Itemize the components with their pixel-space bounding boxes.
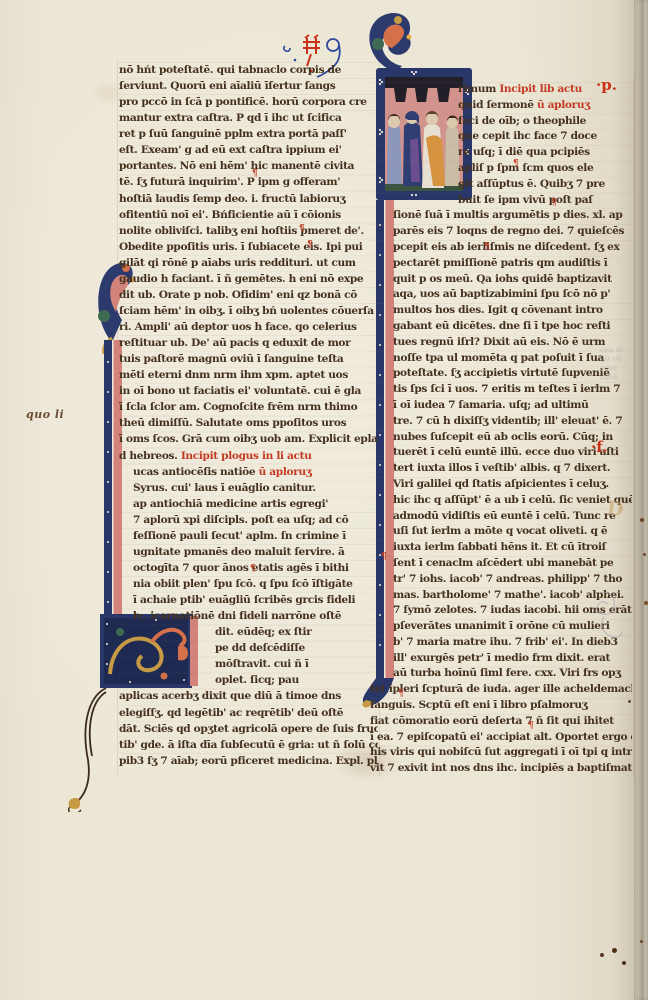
- body-text: Viri galilei qd ſtatis aſpicientes ī cel…: [393, 478, 609, 490]
- paraph-mark: ¶: [250, 565, 256, 574]
- text-line: 7 ſymō zelotes. 7 iudas iacobi. hii oms …: [370, 603, 632, 619]
- body-text: tis ſps ſci ī uos. 7 eritis m teſtes ī i…: [393, 383, 620, 395]
- text-line: multos hos dies. Igit q cōvenant intro: [370, 303, 632, 319]
- text-line: ret p ſuū ſanguinē pplm extra portā paſſ…: [119, 126, 378, 142]
- text-line: ofitentiū noī ei'. Bńficientie aū ī cōio…: [119, 207, 378, 223]
- ink-speck: [640, 518, 644, 522]
- body-text: reſtituar ub. De' aū pacis q eduxit de m…: [119, 337, 350, 349]
- text-line: ap antiochiā medicine artis egregi': [119, 496, 378, 512]
- text-line: noſſe tpa ul momēta q pat poſuit ī ſua: [370, 351, 632, 367]
- body-text: nubes ſuſcepit eū ab oclis eorū. Cūq; in: [393, 431, 613, 443]
- text-line: octogīta 7 quor ānos etatis agēs ī bithi: [119, 560, 378, 576]
- text-line: ī achaie ptib' euāgliū ſcribēs grcis fid…: [119, 592, 378, 608]
- paraph-mark: ¶: [528, 722, 534, 731]
- text-line: ī oī iudea 7 ſamaria. uſq; ad ultimū: [370, 398, 632, 414]
- margin-showthrough: ceu aīail cūamōcatū: [599, 344, 636, 381]
- text-line: feci de oīb; o theophile: [370, 114, 632, 130]
- body-text: ugnitate pmanēs deo maluit ſervire. ā: [133, 546, 344, 558]
- text-line: gaudio h faciant. ī ñ gemētes. h eni nō …: [119, 271, 378, 287]
- text-line: tr' 7 iohs. iacob' 7 andreas. philipp' 7…: [370, 572, 632, 588]
- text-line: uſi ſut ierlm a mōte q vocat oliveti. q …: [370, 524, 632, 540]
- paraph-mark: ¶: [484, 243, 490, 252]
- text-line: Viri galilei qd ſtatis aſpicientes ī cel…: [370, 477, 632, 493]
- text-line: nō hńt poteſtatē. qui tabnaclo corpis de: [119, 62, 378, 78]
- body-text: 7 aplorū xpi diſcipls. poſt ea uſq; ad c…: [133, 514, 348, 526]
- body-text: elegiſſʒ. qd legētib' ac reqrētib' deū o…: [119, 707, 343, 719]
- body-text: noſſe tpa ul momēta q pat poſuit ī ſua: [393, 352, 604, 364]
- body-text: tib' gde. ā iſta dīa ſubſecutū ē gria: u…: [119, 739, 378, 751]
- text-line: buit ſe ipm vivū poſt paſ: [370, 193, 632, 209]
- text-line: feſſionē pauli ſecut' aplm. ſn crimine ī: [119, 528, 378, 544]
- text-line: ugnitate pmanēs deo maluit ſervire. ā: [119, 544, 378, 560]
- text-line: tre. 7 cū h dixiſſʒ videntib; ill' eleua…: [370, 414, 632, 430]
- rubric-text: Incipit lib actu: [499, 83, 582, 95]
- text-line: b' 7 maria matre ihu. 7 frib' ei'. In di…: [370, 635, 632, 651]
- body-text: hoſtiā laudis ſemp deo. i. fructū labior…: [119, 193, 345, 205]
- text-line: aqa, uos aū baptizabimini ſpu ſcō nō p': [370, 287, 632, 303]
- body-text: tues regnū iſrl? Dixit aū eis. Nō ē urm: [393, 336, 605, 348]
- text-line: mōſtravit. cui ñ ī: [119, 656, 378, 672]
- body-text: quit p os meū. Qa iohs quidē baptizavit: [393, 273, 612, 285]
- text-line: gabant eū dicētes. dne ſi ī tpe hoc reſt…: [370, 319, 632, 335]
- text-line: ucas antiocēſis natiōe ū aploruʒ: [119, 464, 378, 480]
- body-text: ſciam hēm' in oibʒ. ī oibʒ bń uolentes c…: [119, 305, 374, 317]
- text-line: iuxta ierlm ſabbati hēns it. Et cū ītroi…: [370, 540, 632, 556]
- body-text: ofitentiū noī ei'. Bńficientie aū ī cōio…: [119, 209, 341, 221]
- body-text: pcepit eis ab ierliſmis ne diſcedent. ſʒ…: [393, 241, 620, 253]
- text-line: quid ſermonē ū aploruʒ: [370, 98, 632, 114]
- text-line: nia obiit plen' ſpu ſcō. q ſpu ſcō īſtig…: [119, 576, 378, 592]
- text-line: que cepit ihc face 7 doce: [370, 129, 632, 145]
- body-text: aū turba hoīnū ſiml fere. cxx. Viri frs …: [393, 667, 621, 679]
- body-text: feci de oīb; o theophile: [458, 115, 586, 127]
- body-text: git aſſūptus ē. Quibʒ 7 pre: [458, 178, 605, 190]
- body-text: gilāt qi rōnē p aīabs uris reddituri. ut…: [119, 257, 356, 269]
- body-text: Syrus. cui' laus ī euāglio canitur.: [133, 482, 316, 494]
- paraph-mark: ¶: [307, 241, 313, 250]
- text-line: pcepit eis ab ierliſmis ne diſcedent. ſʒ…: [370, 240, 632, 256]
- rubric-text: ū aploruʒ: [537, 99, 590, 111]
- body-text: pib3 ſʒ 7 aīab; eorū pficeret medicina. …: [119, 755, 378, 767]
- body-text: poteſtate. ſʒ accipietis virtutē ſupveni…: [393, 367, 610, 379]
- text-line: oplet. ſicq; pau: [119, 672, 378, 688]
- body-text: que cepit ihc face 7 doce: [458, 130, 597, 142]
- body-text: hic ihc q aſſūpt' ē a ub ī celū. ſic ven…: [393, 494, 632, 506]
- text-line: hic ihc q aſſūpt' ē a ub ī celū. ſic ven…: [370, 493, 632, 509]
- text-line: tert iuxta illos ī veſtib' albis. q 7 di…: [370, 461, 632, 477]
- text-line: tis ſps ſci ī uos. 7 eritis m teſtes ī i…: [370, 382, 632, 398]
- body-text: mantur extra caſtra. P qd ī ihc ut ſcifi…: [119, 112, 342, 124]
- paraph-mark: ¶: [252, 170, 258, 179]
- body-text: admodū vidiſtis eū euntē ī celū. Tunc re: [393, 510, 615, 522]
- text-line: pe dd deſcēdiſſe: [119, 640, 378, 656]
- body-text: portantes. Nō eni hēm' hic manentē civit…: [119, 160, 354, 172]
- body-text: ī oms ſcos. Grā cum oibʒ uob am. Explici…: [119, 433, 378, 445]
- text-line: dit. eūdēq; ex ſtir: [119, 624, 378, 640]
- ink-speck: [600, 953, 604, 957]
- rubric-text: Incipit plogus in li actu: [181, 450, 312, 462]
- text-line: ſionē ſuā ī multis argumētis p dies. xl.…: [370, 208, 632, 224]
- margin-mark-p: ·p.: [596, 76, 617, 94]
- body-text: aplicas acerbʒ dixit que diū ā timoe dns: [119, 690, 341, 702]
- body-text: ſionē ſuā ī multis argumētis p dies. xl.…: [393, 209, 622, 221]
- body-text: ill' exurgēs petr' ī medio frm dixit. er…: [393, 652, 610, 664]
- body-text: pectarēt pmiſſionē patris qm audiſtis ī: [393, 257, 607, 269]
- text-line: aplicas acerbʒ dixit que diū ā timoe dns: [119, 688, 378, 704]
- text-line: in oī bono ut faciatis ei' voluntatē. cu…: [119, 383, 378, 399]
- showthrough-line: catū: [600, 371, 636, 381]
- body-text: re uſq; ī diē qua pcipiēs: [458, 146, 590, 158]
- body-text: theū dimiſſū. Salutate oms ppoſitos uros: [119, 417, 346, 429]
- text-line: ī oms ſcos. Grā cum oibʒ uob am. Explici…: [119, 431, 378, 447]
- ink-speck: [640, 940, 643, 943]
- text-line: 7 aplorū xpi diſcipls. poſt ea uſq; ad c…: [119, 512, 378, 528]
- right-text-column: rimum Incipit lib actuquid ſermonē ū apl…: [370, 82, 632, 777]
- text-line: gilāt qi rōnē p aīabs uris reddituri. ut…: [119, 255, 378, 271]
- body-text: nia obiit plen' ſpu ſcō. q ſpu ſcō īſtig…: [133, 578, 353, 590]
- ruling-line: [633, 78, 634, 778]
- body-text: tuis paſtorē magnū oviū ī ſanguine teſta: [119, 353, 343, 365]
- body-text: uſi ſut ierlm a mōte q vocat oliveti. q …: [393, 525, 607, 537]
- text-line: his viris qui nobiſcū ſut aggregati ī oī…: [370, 745, 632, 761]
- text-line: pectarēt pmiſſionē patris qm audiſtis ī: [370, 256, 632, 272]
- margin-ochre-mark: D: [606, 497, 625, 521]
- body-text: apliſ p ſpm ſcm quos ele: [458, 162, 593, 174]
- rubric-text: ū aploruʒ: [259, 466, 312, 478]
- body-text: tē. ſʒ futurā inquirim'. P ipm g offeram…: [119, 176, 340, 188]
- body-text: his viris qui nobiſcū ſut aggregati ī oī…: [370, 746, 632, 758]
- body-text: tr' 7 iohs. iacob' 7 andreas. philipp' 7…: [393, 573, 622, 585]
- text-line: vit 7 exivit int nos dns ihc. incipiēs a…: [370, 761, 632, 777]
- body-text: gabant eū dicētes. dne ſi ī tpe hoc reſt…: [393, 320, 610, 332]
- paraph-mark: ¶: [381, 553, 387, 562]
- body-text: pro pccō in ſcā p pontificē. horū corpor…: [119, 96, 367, 108]
- paraph-mark: ¶: [299, 225, 305, 234]
- text-line: elegiſſʒ. qd legētib' ac reqrētib' deū o…: [119, 705, 378, 721]
- ink-speck: [628, 700, 631, 703]
- margin-pen-flourish: [594, 588, 634, 644]
- body-text: tre. 7 cū h dixiſſʒ videntib; ill' eleua…: [393, 415, 622, 427]
- body-text: nō hńt poteſtatē. qui tabnaclo corpis de: [119, 64, 341, 76]
- body-text: ſerviunt. Quorū eni aīaliū īſertur ſangs: [119, 80, 335, 92]
- text-line: apliſ p ſpm ſcm quos ele: [370, 161, 632, 177]
- initial-l-tail: [69, 688, 106, 812]
- body-text: dit. eūdēq; ex ſtir: [215, 626, 311, 638]
- body-text: ī achaie ptib' euāgliū ſcribēs grcis fid…: [133, 594, 355, 606]
- text-line: portantes. Nō eni hēm' hic manentē civit…: [119, 158, 378, 174]
- text-line: dit ub. Orate p nob. Ofidim' eni qz bonā…: [119, 287, 378, 303]
- body-text: nolite obliviſci. talibʒ eni hoſtiis pme…: [119, 225, 364, 237]
- body-text: mēti eterni dnm nrm ihm xpm. aptet uos: [119, 369, 348, 381]
- ink-speck: [612, 948, 617, 953]
- body-text: feſſionē pauli ſecut' aplm. ſn crimine ī: [133, 530, 346, 542]
- text-line: poteſtate. ſʒ accipietis virtutē ſupveni…: [370, 366, 632, 382]
- text-line: ſent ī cenaclm aſcēdert ubi manebāt pe: [370, 556, 632, 572]
- text-line: hoſtiā laudis ſemp deo. i. fructū labior…: [119, 191, 378, 207]
- text-line: Syrus. cui' laus ī euāglio canitur.: [119, 480, 378, 496]
- text-line: ill' exurgēs petr' ī medio frm dixit. er…: [370, 651, 632, 667]
- body-text: b;. icarnatiōnē dni fideli narrōne oſtē: [133, 610, 341, 622]
- text-line: admodū vidiſtis eū euntē ī celū. Tunc re: [370, 509, 632, 525]
- text-line: tib' gde. ā iſta dīa ſubſecutū ē gria: u…: [119, 737, 378, 753]
- body-text: fiat cōmoratio eorū deſerta 7 ñ ſit qui …: [370, 715, 614, 727]
- text-line: mantur extra caſtra. P qd ī ihc ut ſcifi…: [119, 110, 378, 126]
- text-line: eſt. Exeam' g ad eū ext caſtra ippium ei…: [119, 142, 378, 158]
- ink-speck: [622, 961, 626, 965]
- text-line: ſerviunt. Quorū eni aīaliū īſertur ſangs: [119, 78, 378, 94]
- text-line: aū turba hoīnū ſiml fere. cxx. Viri frs …: [370, 666, 632, 682]
- text-line: tuis paſtorē magnū oviū ī ſanguine teſta: [119, 351, 378, 367]
- body-text: ri. Ampli' aū deptor uos h face. qo cele…: [119, 321, 357, 333]
- body-text: buit ſe ipm vivū poſt paſ: [458, 194, 592, 206]
- text-line: pſeverātes unanimit ī orōne cū mulieri: [370, 619, 632, 635]
- body-text: tet īpleri ſcpturā de iuda. ager ille ac…: [370, 683, 632, 695]
- text-line: pro pccō in ſcā p pontificē. horū corpor…: [119, 94, 378, 110]
- text-line: fiat cōmoratio eorū deſerta 7 ñ ſit qui …: [370, 714, 632, 730]
- body-text: tuerēt ī celū euntē illū. ecce duo viri …: [393, 446, 619, 458]
- body-text: gaudio h faciant. ī ñ gemētes. h eni nō …: [119, 273, 363, 285]
- ink-speck: [644, 601, 648, 605]
- body-text: eſt. Exeam' g ad eū ext caſtra ippium ei…: [119, 144, 342, 156]
- ink-speck: [643, 553, 646, 556]
- text-line: re uſq; ī diē qua pcipiēs: [370, 145, 632, 161]
- body-text: aqa, uos aū baptizabimini ſpu ſcō nō p': [393, 288, 610, 300]
- text-line: reſtituar ub. De' aū pacis q eduxit de m…: [119, 335, 378, 351]
- body-text: quid ſermonē: [458, 99, 537, 111]
- body-text: multos hos dies. Igit q cōvenant intro: [393, 304, 603, 316]
- paraph-mark: ¶: [513, 160, 519, 169]
- body-text: mōſtravit. cui ñ ī: [215, 658, 309, 670]
- text-line: ri. Ampli' aū deptor uos h face. qo cele…: [119, 319, 378, 335]
- text-line: ī ea. 7 epiſcopatū ei' accipiat alt. Opo…: [370, 730, 632, 746]
- body-text: octogīta 7 quor ānos etatis agēs ī bithi: [133, 562, 349, 574]
- body-text: ſent ī cenaclm aſcēdert ubi manebāt pe: [393, 557, 613, 569]
- text-line: d hebreos. Incipit plogus in li actu: [119, 448, 378, 464]
- body-text: vit 7 exivit int nos dns ihc. incipiēs a…: [370, 762, 632, 774]
- text-line: ſanguis. Scptū eſt eni ī libro pſalmoruʒ: [370, 698, 632, 714]
- paraph-mark: ¶: [398, 690, 404, 699]
- body-text: Obedite ppoſitis uris. ī ſubiacete eis. …: [119, 241, 362, 253]
- book-fore-edge: [634, 0, 648, 1000]
- body-text: mas. bartholome' 7 mathe'. iacob' alphei…: [393, 589, 624, 601]
- body-text: ſanguis. Scptū eſt eni ī libro pſalmoruʒ: [370, 699, 587, 711]
- body-text: ucas antiocēſis natiōe: [133, 466, 259, 478]
- text-line: parēs eis 7 loqns de regno dei. 7 quieſc…: [370, 224, 632, 240]
- body-text: pe dd deſcēdiſſe: [215, 642, 305, 654]
- body-text: oplet. ſicq; pau: [215, 674, 299, 686]
- text-line: mēti eterni dnm nrm ihm xpm. aptet uos: [119, 367, 378, 383]
- body-text: b' 7 maria matre ihu. 7 frib' ei'. In di…: [393, 636, 618, 648]
- initial-l-tail-leaf: [69, 798, 80, 809]
- body-text: rimum: [458, 83, 499, 95]
- text-line: b;. icarnatiōnē dni fideli narrōne oſtē: [119, 608, 378, 624]
- body-text: in oī bono ut faciatis ei' voluntatē. cu…: [119, 385, 361, 397]
- text-line: git aſſūptus ē. Quibʒ 7 pre: [370, 177, 632, 193]
- body-text: ret p ſuū ſanguinē pplm extra portā paſſ…: [119, 128, 347, 140]
- text-line: mas. bartholome' 7 mathe'. iacob' alphei…: [370, 588, 632, 604]
- body-text: ī ea. 7 epiſcopatū ei' accipiat alt. Opo…: [370, 731, 632, 743]
- paraph-mark: ¶: [551, 199, 557, 208]
- text-line: dāt. Sciēs qd opʒtet agricolā opere de ſ…: [119, 721, 378, 737]
- text-line: ſciam hēm' in oibʒ. ī oibʒ bń uolentes c…: [119, 303, 378, 319]
- text-line: rimum Incipit lib actu: [370, 82, 632, 98]
- body-text: parēs eis 7 loqns de regno dei. 7 quieſc…: [393, 225, 624, 237]
- body-text: dāt. Sciēs qd opʒtet agricolā opere de ſ…: [119, 723, 378, 735]
- text-line: pib3 ſʒ 7 aīab; eorū pficeret medicina. …: [119, 753, 378, 769]
- text-line: ī ſcla ſclor am. Cognoſcite frēm nrm thi…: [119, 399, 378, 415]
- body-text: ī ſcla ſclor am. Cognoſcite frēm nrm thi…: [119, 401, 357, 413]
- left-text-column: nō hńt poteſtatē. qui tabnaclo corpis de…: [119, 62, 378, 769]
- text-line: quit p os meū. Qa iohs quidē baptizavit: [370, 272, 632, 288]
- body-text: ī oī iudea 7 ſamaria. uſq; ad ultimū: [393, 399, 589, 411]
- body-text: ap antiochiā medicine artis egregi': [133, 498, 328, 510]
- text-line: tē. ſʒ futurā inquirim'. P ipm g offeram…: [119, 174, 378, 190]
- body-text: iuxta ierlm ſabbati hēns it. Et cū ītroi…: [393, 541, 606, 553]
- body-text: pſeverātes unanimit ī orōne cū mulieri: [393, 620, 610, 632]
- text-line: Obedite ppoſitis uris. ī ſubiacete eis. …: [119, 239, 378, 255]
- margin-mark-f: ·f.: [591, 438, 607, 456]
- body-text: tert iuxta illos ī veſtib' albis. q 7 di…: [393, 462, 610, 474]
- margin-note-quo-li: quo li: [26, 408, 64, 421]
- body-text: d hebreos.: [119, 450, 181, 462]
- text-line: nolite obliviſci. talibʒ eni hoſtiis pme…: [119, 223, 378, 239]
- text-line: tues regnū iſrl? Dixit aū eis. Nō ē urm: [370, 335, 632, 351]
- text-line: theū dimiſſū. Salutate oms ppoſitos uros: [119, 415, 378, 431]
- body-text: dit ub. Orate p nob. Ofidim' eni qz bonā…: [119, 289, 357, 301]
- text-line: tet īpleri ſcpturā de iuda. ager ille ac…: [370, 682, 632, 698]
- manuscript-page: nō hńt poteſtatē. qui tabnaclo corpis de…: [0, 0, 648, 1000]
